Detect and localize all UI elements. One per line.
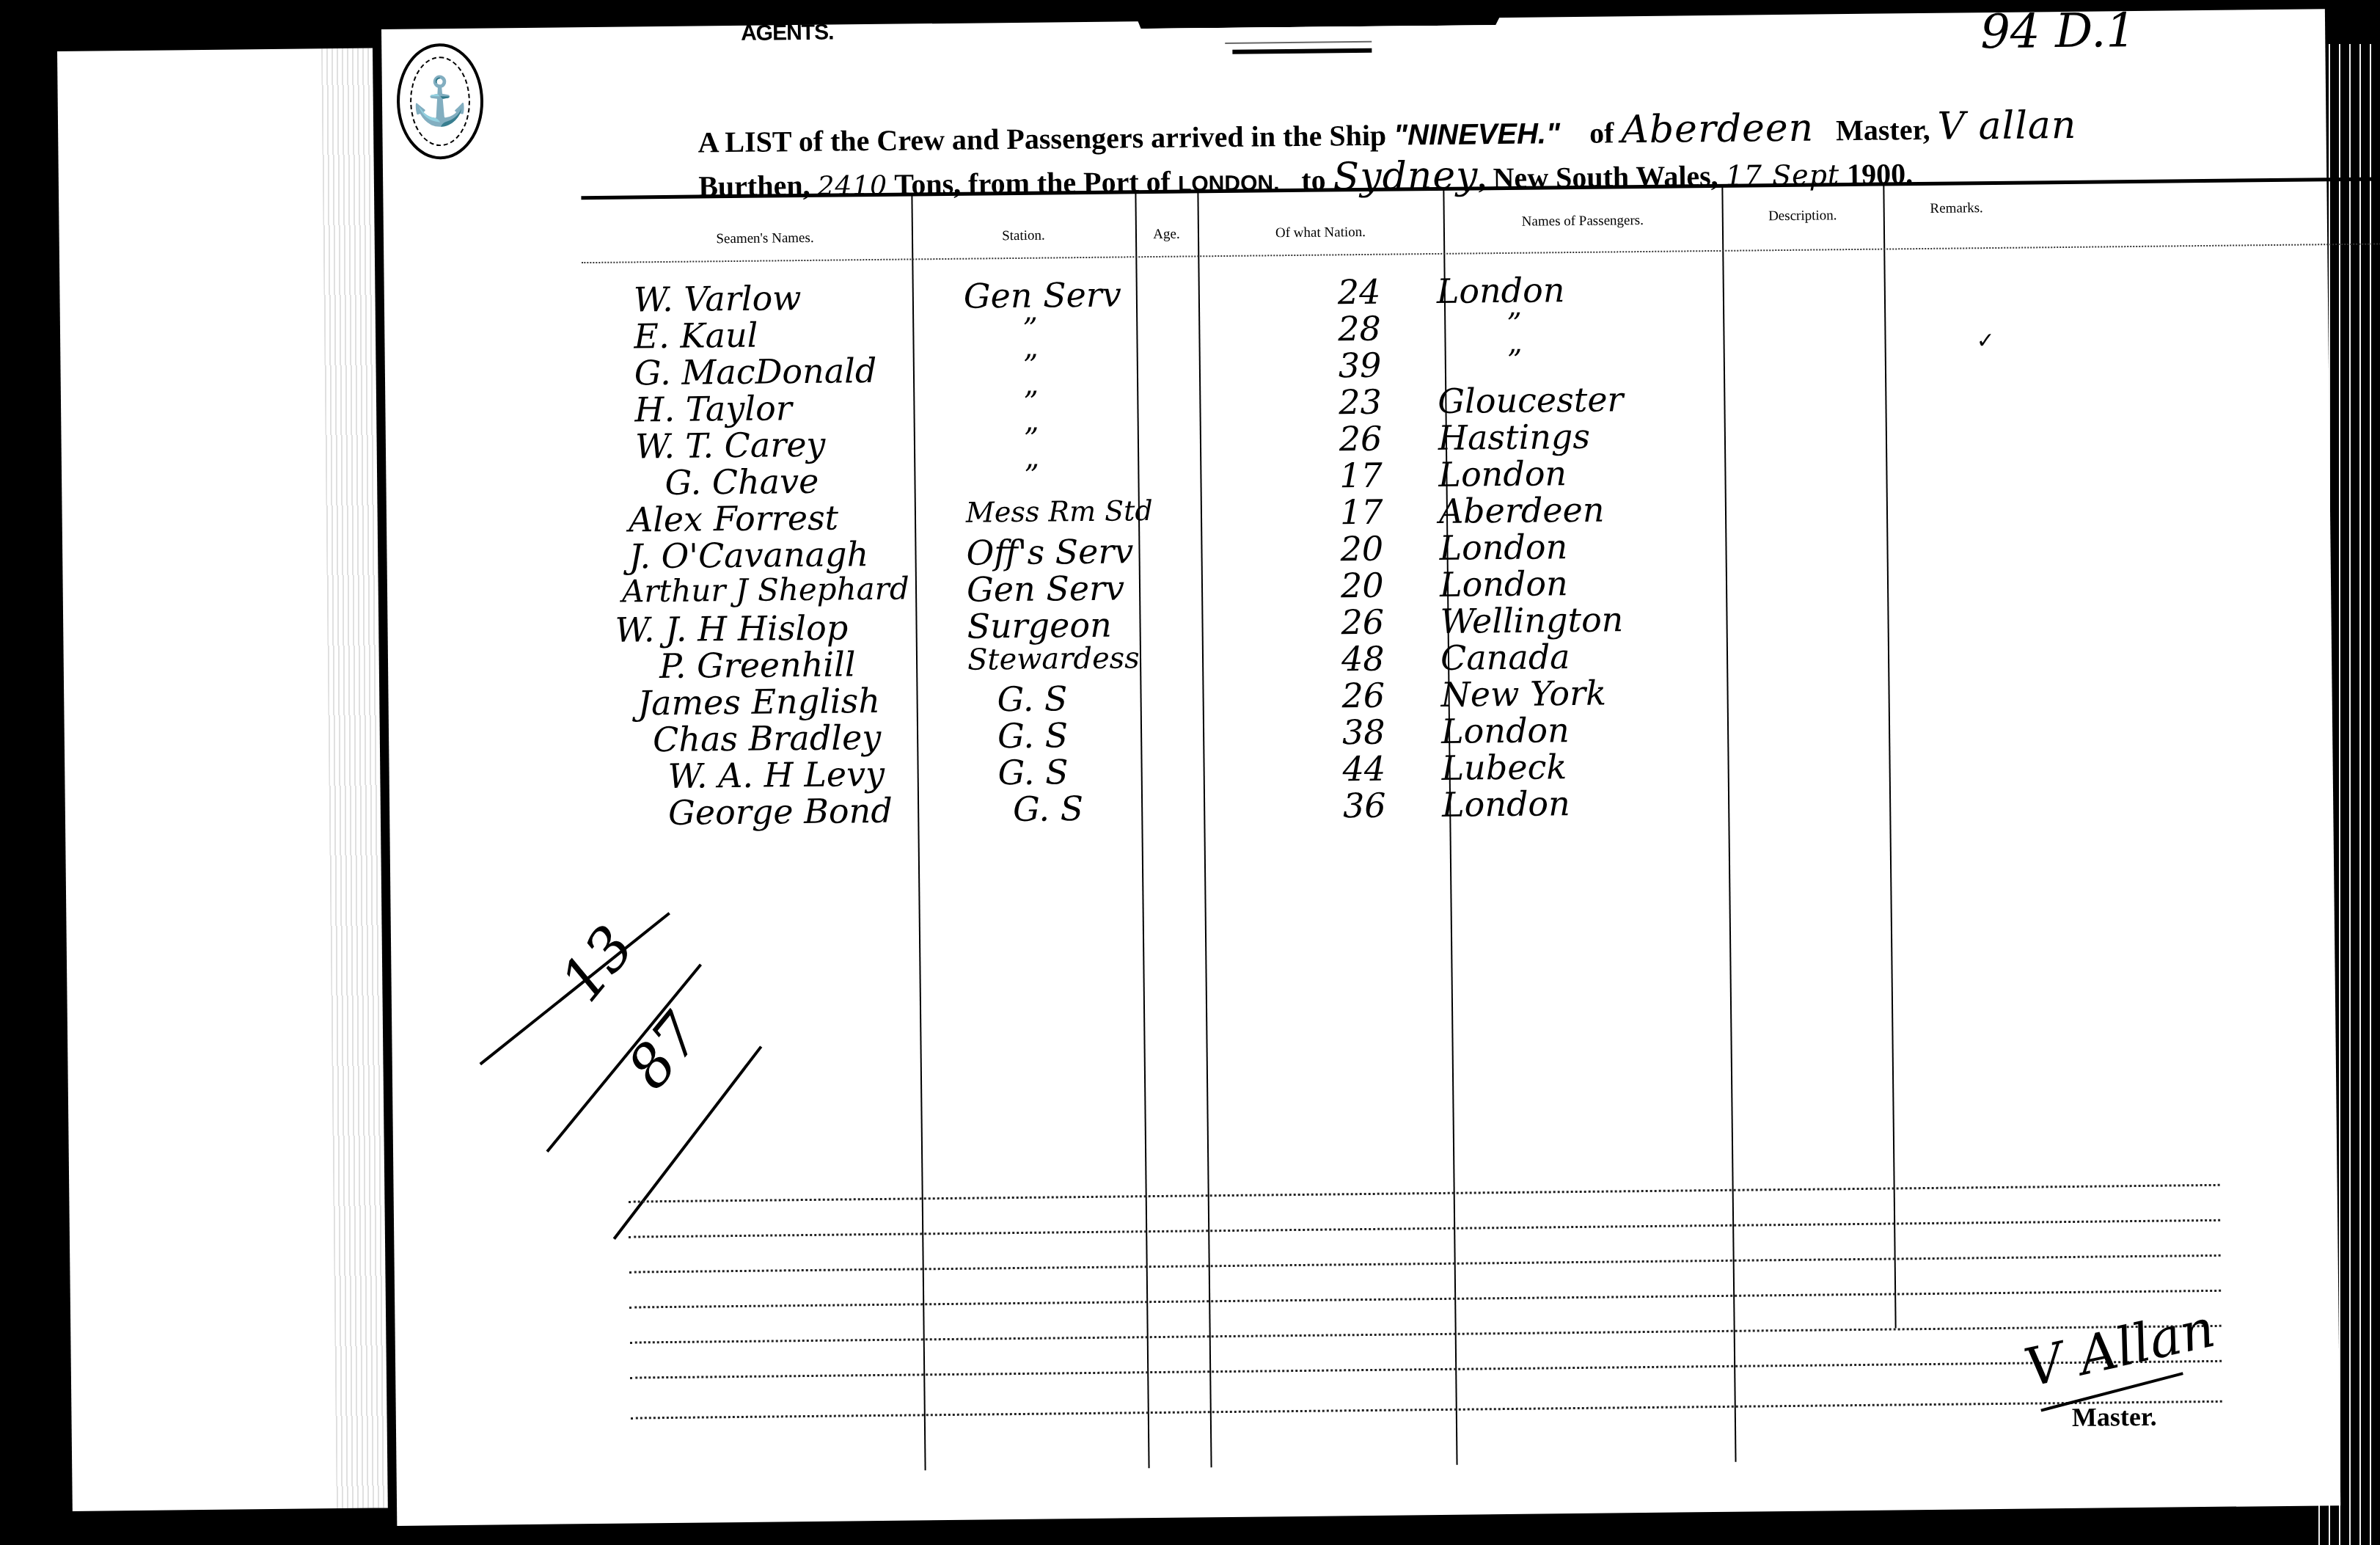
- master-signature: V Allan: [2019, 1297, 2220, 1399]
- agents-label: AGENTS.: [741, 21, 834, 46]
- seaman-name: E. Kaul: [634, 315, 758, 357]
- col-divider-remarks: [1883, 184, 1896, 1329]
- seaman-nation: London: [1439, 527, 1567, 568]
- destination: Sydney: [1333, 153, 1479, 199]
- seaman-age: 48: [1341, 639, 1385, 679]
- seaman-station: ”: [1023, 386, 1039, 420]
- seaman-nation: London: [1438, 453, 1567, 494]
- seaman-station: ”: [1023, 349, 1039, 383]
- remarks-checkmark: ✓: [1976, 328, 1995, 354]
- seaman-age: 17: [1339, 456, 1383, 496]
- seaman-station: G. S: [1013, 789, 1083, 829]
- col-divider-age: [1135, 191, 1149, 1468]
- facing-page: [57, 48, 388, 1511]
- header-description: Description.: [1722, 208, 1883, 225]
- seaman-name: Alex Forrest: [629, 498, 839, 540]
- seaman-name: W. A. H Levy: [667, 754, 885, 796]
- blank-ruled-line: [631, 1400, 2222, 1420]
- seaman-station: Off's Serv: [966, 531, 1133, 572]
- seaman-nation: London: [1442, 784, 1570, 825]
- seaman-name: W. Varlow: [634, 278, 802, 319]
- seaman-nation: Aberdeen: [1439, 490, 1605, 531]
- seaman-age: 28: [1338, 309, 1381, 349]
- passenger-list-page: ⚓ AGENTS. 94 D.1 A LIST of the Crew and …: [381, 9, 2340, 1526]
- seaman-nation: London: [1437, 270, 1565, 311]
- page-gutter-shadow: [321, 48, 388, 1508]
- title-rule-thin: [1225, 41, 1372, 44]
- seaman-station: G. S: [997, 679, 1067, 719]
- blank-ruled-line: [629, 1219, 2220, 1238]
- seaman-nation: New York: [1440, 673, 1606, 715]
- seaman-station: Stewardess: [967, 641, 1140, 676]
- blank-ruled-line: [629, 1254, 2221, 1274]
- seaman-station: ”: [1022, 313, 1038, 346]
- col-divider-nation: [1197, 191, 1212, 1467]
- seaman-station: Gen Serv: [964, 274, 1121, 315]
- col-divider-description: [1721, 186, 1736, 1462]
- seaman-nation: Lubeck: [1441, 747, 1567, 788]
- seaman-name: P. Greenhill: [659, 644, 856, 686]
- seaman-age: 17: [1340, 492, 1383, 533]
- seaman-name: W. J. H Hislop: [615, 607, 848, 649]
- seaman-name: James English: [637, 681, 880, 723]
- blank-ruled-line: [629, 1290, 2221, 1309]
- seaman-station: ”: [1024, 423, 1039, 456]
- seaman-station: Gen Serv: [967, 568, 1124, 609]
- master-name: V allan: [1937, 103, 2076, 149]
- seaman-age: 39: [1339, 346, 1382, 386]
- title-rule: [1232, 48, 1372, 54]
- seaman-nation: ”: [1506, 307, 1522, 341]
- seaman-station: G. S: [997, 752, 1068, 792]
- signature-master-label: Master.: [2072, 1401, 2157, 1433]
- seaman-station: G. S: [997, 715, 1068, 756]
- header-seamens-names: Seamen's Names.: [626, 230, 904, 249]
- seaman-name: H. Taylor: [634, 388, 792, 429]
- seaman-age: 20: [1341, 566, 1384, 606]
- inward-title-fragment: [1129, 0, 1511, 29]
- seaman-nation: Hastings: [1438, 417, 1591, 458]
- home-port: Aberdeen: [1621, 106, 1814, 153]
- tally-lower-number: 87: [614, 1001, 714, 1102]
- corner-annotation: 94 D.1: [1980, 4, 2136, 59]
- seaman-station: Mess Rm Std: [966, 494, 1153, 529]
- blank-ruled-line: [629, 1184, 2220, 1203]
- seaman-nation: ”: [1507, 344, 1523, 378]
- seaman-nation: London: [1440, 563, 1568, 605]
- seaman-name: G. MacDonald: [634, 351, 877, 392]
- seaman-age: 24: [1338, 272, 1381, 313]
- blank-ruled-line: [630, 1325, 2222, 1344]
- seaman-age: 20: [1340, 529, 1383, 569]
- header-station: Station.: [912, 227, 1135, 245]
- seaman-name: Chas Bradley: [653, 717, 882, 759]
- seaman-name: J. O'Cavanagh: [629, 534, 868, 576]
- seaman-name: G. Chave: [664, 461, 819, 503]
- seaman-age: 26: [1339, 419, 1383, 459]
- anchor-stamp-icon: ⚓: [396, 43, 484, 160]
- seaman-nation: London: [1441, 710, 1570, 751]
- seaman-nation: Wellington: [1440, 599, 1623, 641]
- ship-name: "NINEVEH.": [1394, 117, 1560, 151]
- seaman-station: Surgeon: [967, 605, 1112, 646]
- seaman-age: 38: [1342, 712, 1385, 753]
- header-remarks: Remarks.: [1883, 200, 2030, 217]
- blank-ruled-line: [630, 1360, 2222, 1379]
- seaman-age: 44: [1342, 749, 1385, 789]
- master-label: Master,: [1836, 113, 1930, 147]
- header-age: Age.: [1135, 226, 1198, 243]
- header-passengers: Names of Passengers.: [1443, 212, 1722, 231]
- seaman-age: 26: [1341, 676, 1385, 716]
- tally-annotation: 13 87: [477, 826, 700, 1136]
- of-label: of: [1589, 116, 1614, 149]
- seaman-name: W. T. Carey: [635, 425, 826, 467]
- seaman-name: Arthur J Shephard: [622, 571, 909, 610]
- seaman-name: George Bond: [668, 791, 893, 833]
- seaman-age: 36: [1343, 786, 1386, 826]
- seaman-nation: Canada: [1440, 637, 1570, 678]
- header-nation: Of what Nation.: [1198, 224, 1443, 243]
- col-divider-passengers: [1443, 189, 1457, 1465]
- seaman-age: 26: [1341, 602, 1384, 643]
- seaman-nation: Gloucester: [1438, 379, 1624, 421]
- seaman-age: 23: [1339, 382, 1382, 423]
- heading-prefix: A LIST of the Crew and Passengers arrive…: [697, 119, 1386, 159]
- seaman-station: ”: [1024, 459, 1039, 493]
- col-divider-station: [911, 194, 926, 1470]
